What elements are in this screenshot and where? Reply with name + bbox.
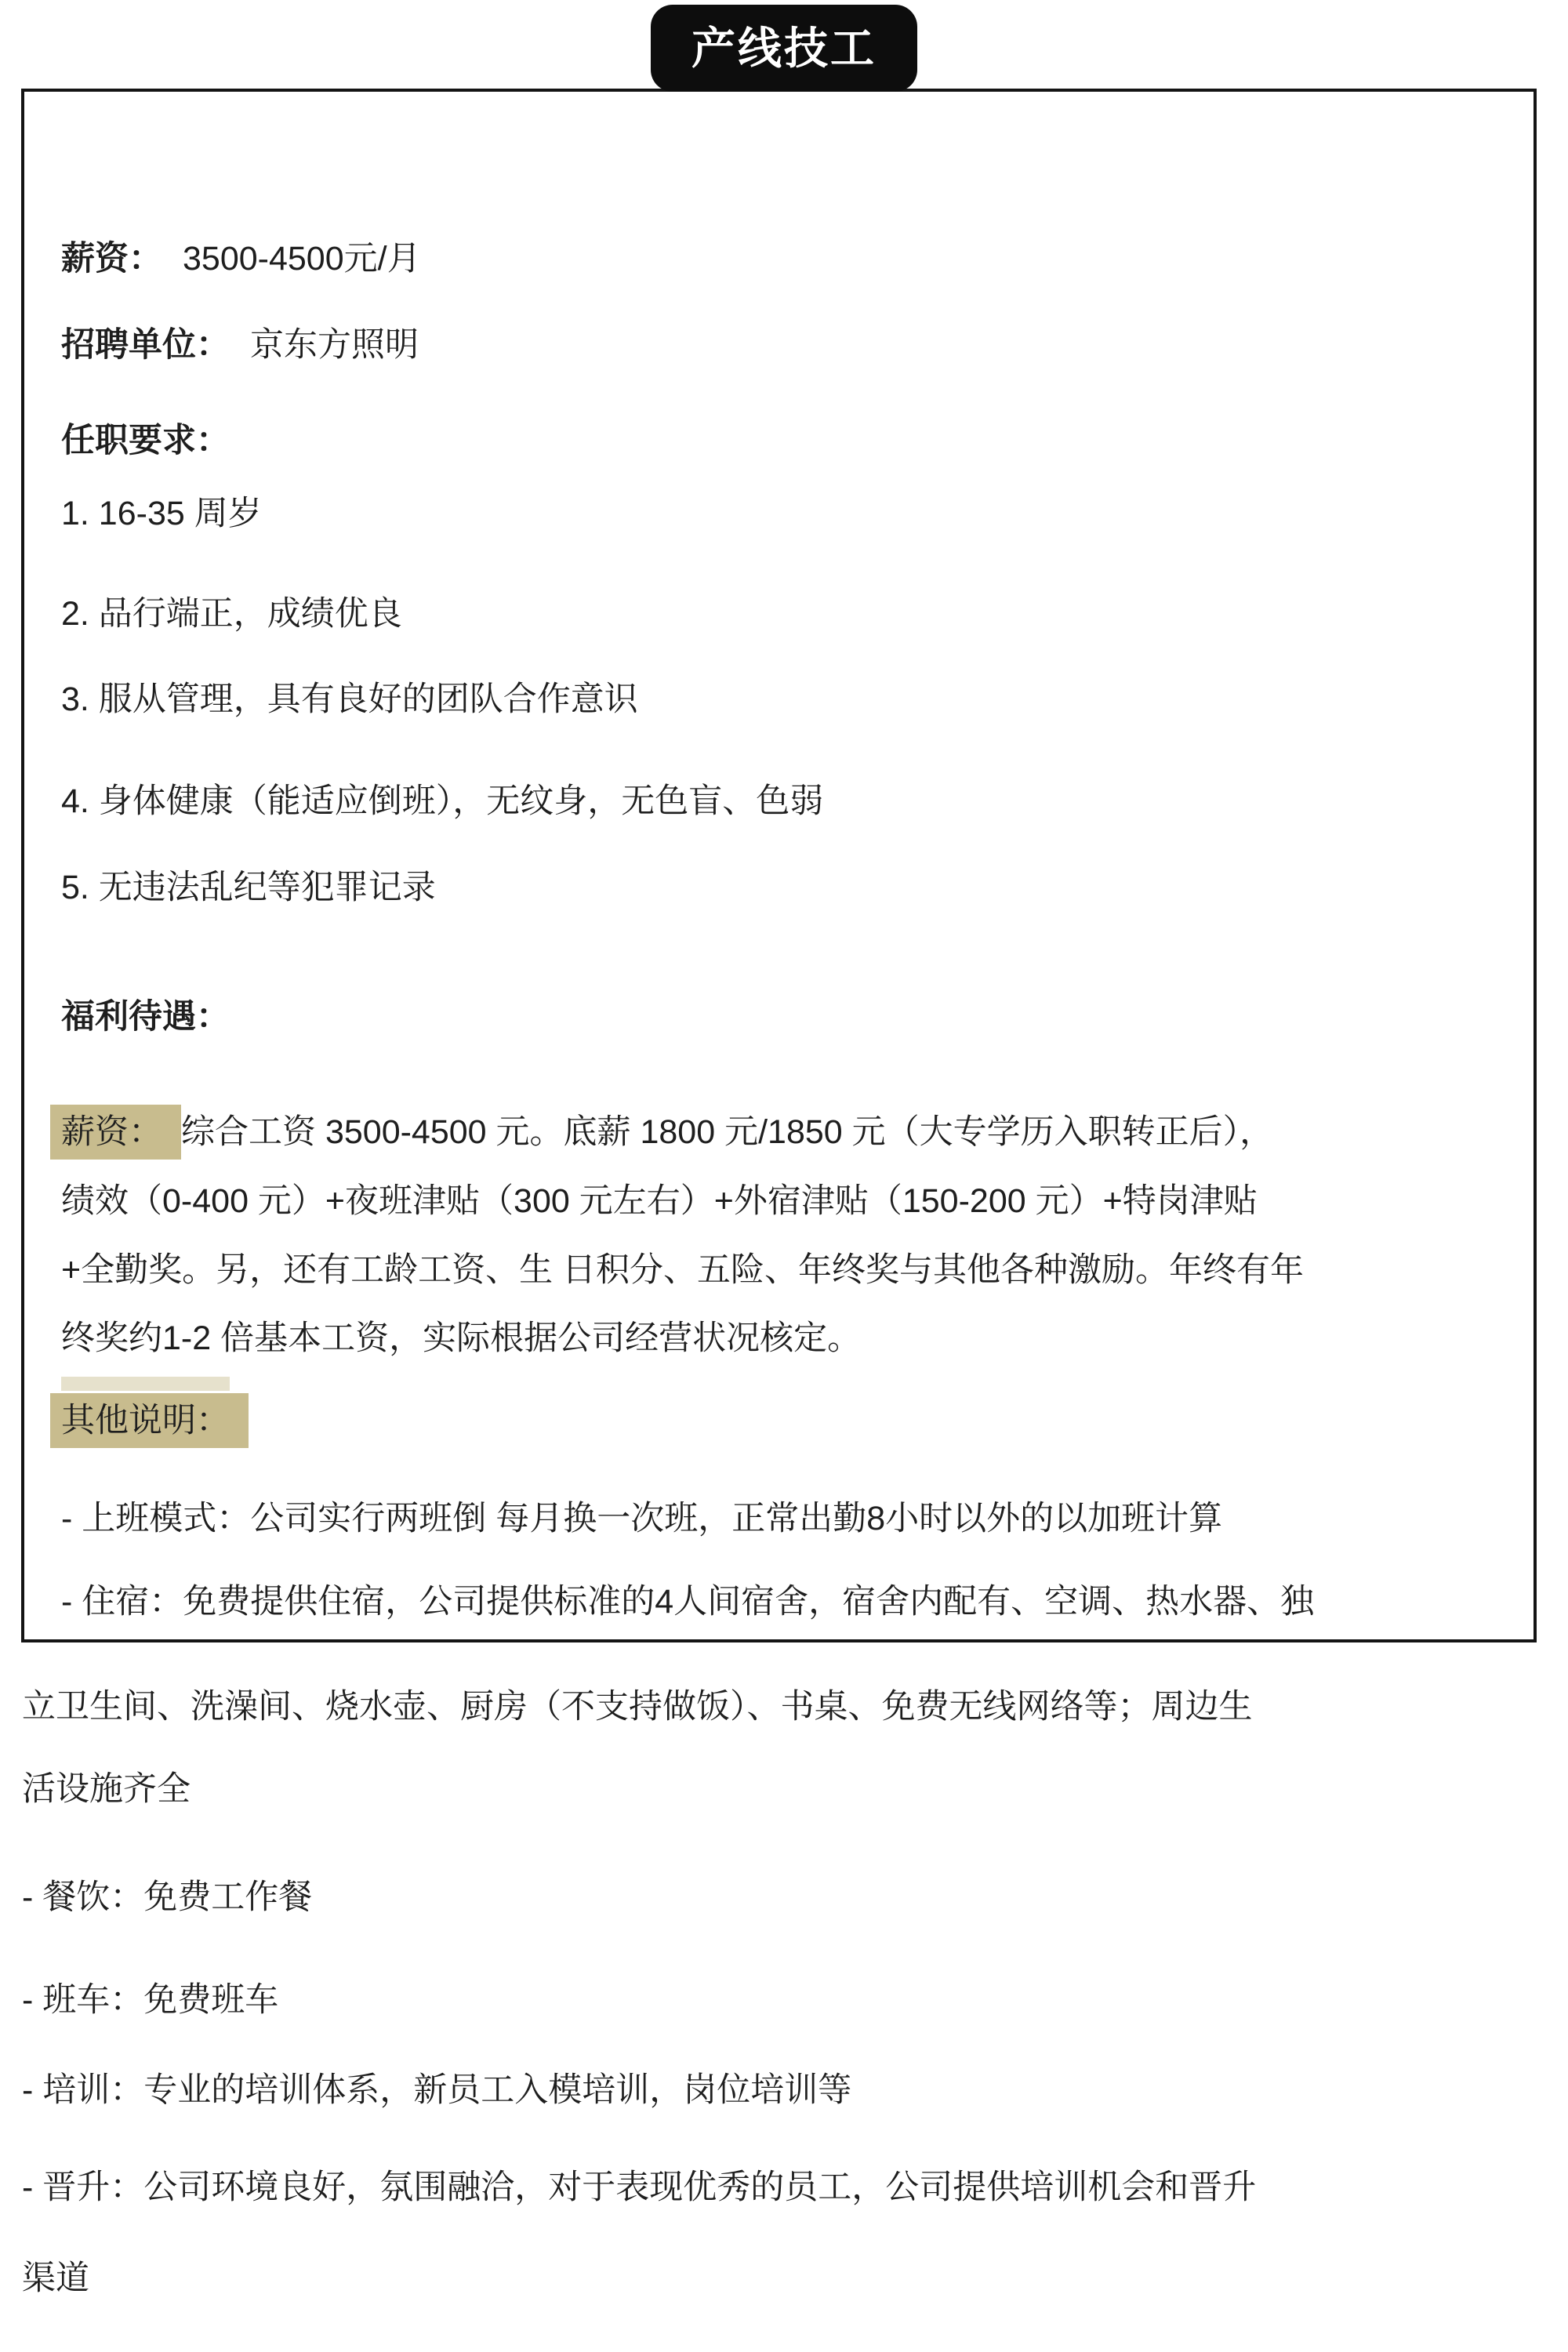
content-box: 薪资：3500-4500元/月 招聘单位：京东方照明 任职要求： 1. 16-3… (21, 89, 1537, 1624)
overflow-content: 立卫生间、洗澡间、烧水壶、厨房（不支持做饭）、书桌、免费无线网络等；周边生 活设… (0, 1685, 1568, 2300)
dormitory-continuation-line-2: 活设施齐全 (22, 1767, 1544, 1811)
salary-highlight: 薪资： (50, 1105, 181, 1160)
other-item-promotion: - 晋升：公司环境良好，氛围融洽，对于表现优秀的员工，公司提供培训机会和晋升 (22, 2165, 1544, 2209)
other-notes-highlight: 其他说明： (50, 1393, 249, 1448)
job-posting-page: 产线技工 薪资：3500-4500元/月 招聘单位：京东方照明 任职要求： 1.… (0, 0, 1568, 2352)
other-item-dormitory: - 住宿：免费提供住宿，公司提供标准的4人间宿舍，宿舍内配有、空调、热水器、独 (61, 1580, 1505, 1624)
requirement-item-5: 5. 无违法乱纪等犯罪记录 (61, 866, 1505, 909)
other-item-shift-mode: - 上班模式：公司实行两班倒 每月换一次班，正常出勤8小时以外的以加班计算 (61, 1497, 1505, 1541)
benefit-salary-text-1: 综合工资 3500-4500 元。底薪 1800 元/1850 元（大专学历入职… (181, 1113, 1273, 1151)
other-item-shuttle: - 班车：免费班车 (22, 1978, 1544, 2022)
highlight-artifact (61, 1377, 230, 1391)
other-notes-heading-line: 其他说明： (61, 1399, 1505, 1443)
requirement-item-1: 1. 16-35 周岁 (61, 492, 1505, 535)
benefit-salary-line-3: +全勤奖。另，还有工龄工资、生 日积分、五险、年终奖与其他各种激励。年终有年 (61, 1248, 1505, 1292)
requirement-item-2: 2. 品行端正，成绩优良 (61, 592, 1505, 636)
requirement-item-3: 3. 服从管理，具有良好的团队合作意识 (61, 677, 1505, 721)
salary-value: 3500-4500元/月 (183, 240, 421, 278)
promotion-continuation-line: 渠道 (22, 2256, 1544, 2300)
employer-value: 京东方照明 (250, 326, 419, 364)
requirement-item-4: 4. 身体健康（能适应倒班），无纹身，无色盲、色弱 (61, 779, 1505, 823)
salary-line: 薪资：3500-4500元/月 (61, 237, 1505, 281)
benefit-salary-line-4: 终奖约1-2 倍基本工资，实际根据公司经营状况核定。 (61, 1316, 1505, 1360)
requirements-heading: 任职要求： (61, 419, 1505, 463)
employer-line: 招聘单位：京东方照明 (61, 323, 1505, 367)
salary-label: 薪资： (61, 240, 162, 278)
dormitory-continuation-line-1: 立卫生间、洗澡间、烧水壶、厨房（不支持做饭）、书桌、免费无线网络等；周边生 (22, 1685, 1544, 1729)
employer-label: 招聘单位： (61, 326, 230, 364)
benefit-salary-line-2: 绩效（0-400 元）+夜班津贴（300 元左右）+外宿津贴（150-200 元… (61, 1179, 1505, 1223)
other-item-meals: - 餐饮：免费工作餐 (22, 1875, 1544, 1919)
benefit-salary-line-1: 薪资：综合工资 3500-4500 元。底薪 1800 元/1850 元（大专学… (61, 1110, 1505, 1154)
other-item-training: - 培训：专业的培训体系，新员工入模培训，岗位培训等 (22, 2068, 1544, 2112)
benefits-heading: 福利待遇： (61, 995, 1505, 1039)
job-title-badge: 产线技工 (651, 5, 917, 92)
